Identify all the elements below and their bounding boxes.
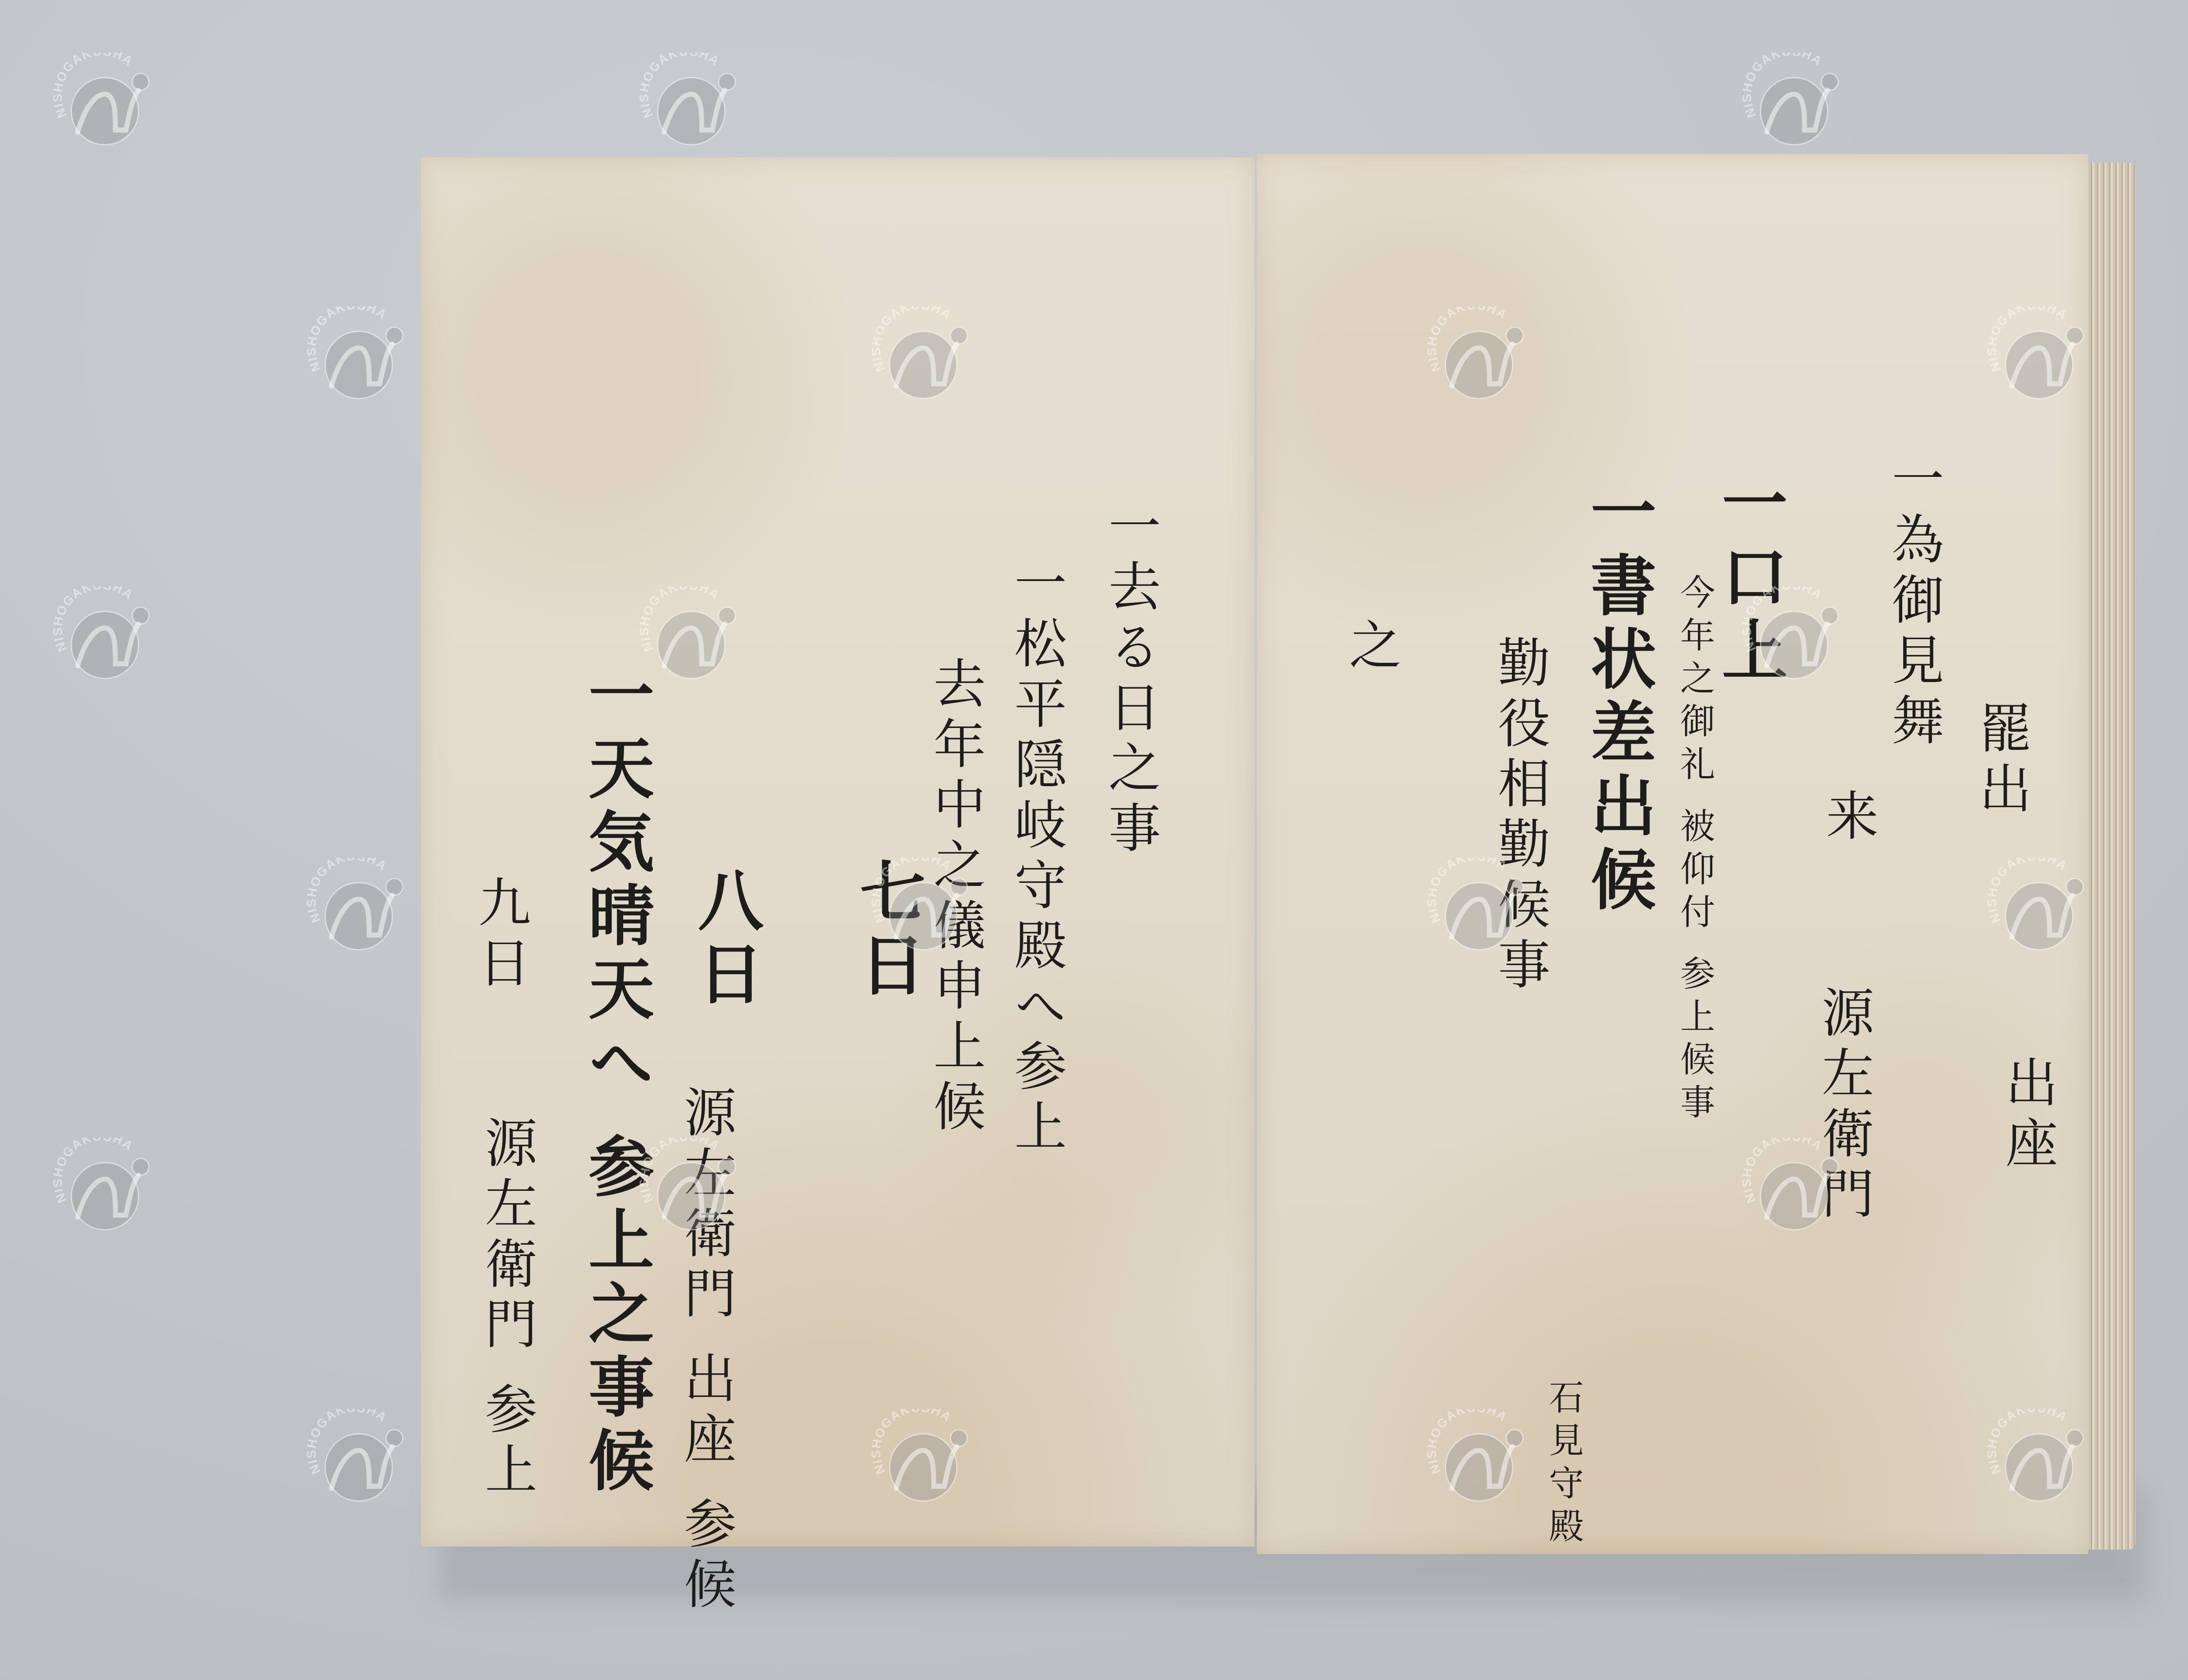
nishogakusha-watermark-icon: NISHOGAKUSHA (1742, 1137, 1842, 1238)
page-stack-edge (2088, 163, 2135, 1550)
handwritten-column: 罷出 (1974, 701, 2027, 822)
nishogakusha-watermark-icon: NISHOGAKUSHA (1987, 1409, 2087, 1509)
nishogakusha-watermark-icon: NISHOGAKUSHA (871, 857, 971, 958)
nishogakusha-watermark-icon: NISHOGAKUSHA (1427, 306, 1527, 407)
nishogakusha-watermark-icon: NISHOGAKUSHA (1987, 306, 2087, 407)
nishogakusha-watermark-icon: NISHOGAKUSHA (306, 306, 407, 407)
nishogakusha-watermark-icon: NISHOGAKUSHA (1427, 1409, 1527, 1509)
right-page: 一為御見舞罷出来源左衛門出座一口上今年之御礼 被仰付 参上候事一書状差出候勤役相… (1257, 154, 2088, 1554)
nishogakusha-watermark-icon: NISHOGAKUSHA (1987, 857, 2087, 958)
nishogakusha-watermark-icon: NISHOGAKUSHA (1742, 52, 1842, 153)
nishogakusha-watermark-icon: NISHOGAKUSHA (639, 586, 740, 687)
nishogakusha-watermark-icon: NISHOGAKUSHA (306, 857, 407, 958)
handwritten-column: 九日 (473, 875, 526, 996)
handwritten-column: 一松平隠岐守殿へ参上 (1010, 556, 1062, 1159)
nishogakusha-watermark-icon: NISHOGAKUSHA (1427, 857, 1527, 958)
nishogakusha-watermark-icon: NISHOGAKUSHA (639, 52, 740, 153)
handwritten-column: 八日 (692, 866, 758, 1013)
nishogakusha-watermark-icon: NISHOGAKUSHA (639, 1137, 740, 1238)
handwritten-column: 来 (1821, 788, 1874, 849)
nishogakusha-watermark-icon: NISHOGAKUSHA (871, 1409, 971, 1509)
handwritten-column: 出座 (2001, 1055, 2053, 1176)
nishogakusha-watermark-icon: NISHOGAKUSHA (1742, 586, 1842, 687)
handwritten-column: 一天気晴天へ 参上之事候 (583, 661, 649, 1500)
handwritten-column: 今年之御礼 被仰付 参上候事 (1677, 574, 1712, 1127)
handwritten-column: 一書状差出候 (1585, 478, 1651, 919)
handwritten-column: 一為御見舞 (1887, 451, 1939, 753)
left-page: 一去る日之事一松平隠岐守殿へ参上去年中之儀申上候七日八日源左衛門 出座 参候一天… (421, 157, 1255, 1547)
nishogakusha-watermark-icon: NISHOGAKUSHA (53, 52, 153, 153)
handwritten-column: 之 (1344, 618, 1397, 678)
nishogakusha-watermark-icon: NISHOGAKUSHA (871, 306, 971, 407)
open-manuscript-book: 一去る日之事一松平隠岐守殿へ参上去年中之儀申上候七日八日源左衛門 出座 参候一天… (421, 154, 2135, 1554)
nishogakusha-watermark-icon: NISHOGAKUSHA (53, 1137, 153, 1238)
nishogakusha-watermark-icon: NISHOGAKUSHA (53, 586, 153, 687)
handwritten-column: 石見守殿 (1546, 1379, 1581, 1550)
handwritten-column: 一去る日之事 (1104, 499, 1156, 861)
handwritten-column: 源左衛門 参上 (480, 1116, 533, 1502)
nishogakusha-watermark-icon: NISHOGAKUSHA (306, 1409, 407, 1509)
